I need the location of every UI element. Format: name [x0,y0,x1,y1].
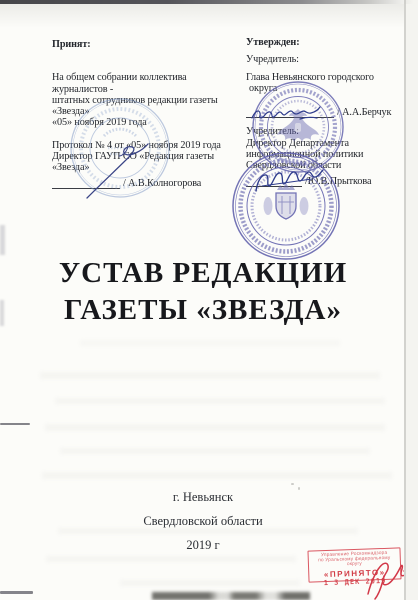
bleed-through-artifact [80,340,340,346]
footer-city: г. Невьянск [0,490,406,505]
founder2-name: /Ю.В.Прыткова [305,176,371,187]
title-line-1: УСТАВ РЕДАКЦИИ [0,255,406,292]
accepted-line: На общем собрании коллектива [52,72,252,83]
scan-top-edge [0,0,418,4]
signature-line [246,176,302,187]
bleed-through-artifact [55,398,385,404]
founder-label: Учредитель: [246,126,408,137]
founder-line: округа [246,83,408,94]
scan-edge-mark [0,591,33,594]
scanned-document-page: Принят: На общем собрании коллектива жур… [0,0,418,600]
document-title: УСТАВ РЕДАКЦИИ ГАЗЕТЫ «ЗВЕЗДА» [0,255,406,329]
approved-heading: Утвержден: [246,37,408,48]
accepted-heading: Принят: [52,39,252,50]
founder-line: Глава Невьянского городского [246,72,408,83]
accepted-block: Принят: На общем собрании коллектива жур… [52,39,252,189]
protocol-line: Директор ГАУП СО «Редакция газеты «Звезд… [52,151,252,174]
approved-block: Утвержден: Учредитель: Глава Невьянского… [246,37,408,187]
scan-speck [291,483,294,485]
director-name: / А.В.Колногорова [123,178,201,189]
page-right-edge [404,0,406,600]
accepted-line: журналистов - [52,84,252,95]
protocol-line: Протокол № 4 от «05» ноября 2019 года [52,140,252,151]
founder-line: Директор Департамента [246,138,408,149]
founder-line: информационной политики [246,149,408,160]
founder-line: Свердловской области [246,160,408,171]
founder1-signature-row: / А.А.Берчук [246,107,408,118]
founder2-signature-row: /Ю.В.Прыткова [246,176,408,187]
signature-line [52,178,120,189]
scan-edge-smudge [0,300,4,326]
bleed-through-artifact [45,424,385,431]
signature-line [246,107,334,118]
footer-region: Свердловской области [0,514,406,529]
accepted-line: «05» ноября 2019 года [52,117,252,128]
roskomnadzor-accepted-stamp: Управление Роскомнадзора по Уральскому ф… [307,547,401,582]
founder1-name: / А.А.Берчук [337,107,391,118]
bleed-through-artifact [40,372,380,379]
scan-edge-mark [0,423,30,425]
coat-of-arms-icon [264,183,309,219]
stamp-date: 1 3 ДЕК 2019 [309,576,400,588]
director-signature-row: / А.В.Колногорова [52,178,252,189]
title-line-2: ГАЗЕТЫ «ЗВЕЗДА» [0,292,406,329]
founder-label: Учредитель: [246,54,408,65]
scan-top-shadow [0,4,418,28]
scan-bottom-smudge [152,592,310,600]
scan-edge-smudge [0,225,5,255]
bleed-through-artifact [120,580,300,586]
accepted-line: штатных сотрудников редакции газеты «Зве… [52,95,252,118]
scan-right-margin [406,0,418,600]
bleed-through-artifact [60,448,370,454]
bleed-through-artifact [42,472,392,479]
